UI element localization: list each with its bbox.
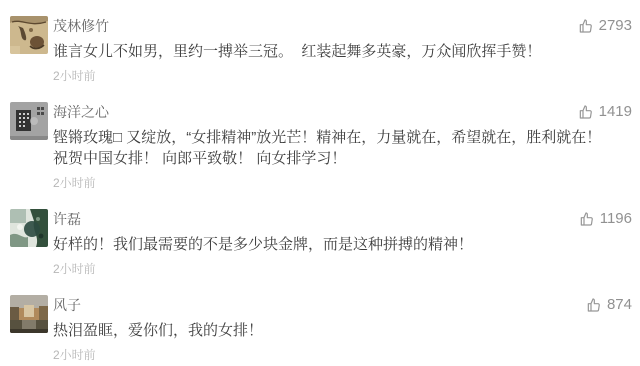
like-count: 1196	[600, 209, 632, 229]
comment-text: 谁言女儿不如男，里约一搏举三冠。 红装起舞多英豪，万众闻欣挥手赞！	[53, 41, 632, 62]
timestamp: 2小时前	[53, 68, 632, 84]
comment-text: 热泪盈眶，爱你们，我的女排！	[53, 320, 632, 341]
avatar-calligraphy-image	[10, 102, 48, 140]
thumbs-up-icon	[585, 297, 601, 313]
username: 风子	[53, 295, 81, 315]
timestamp: 2小时前	[53, 175, 632, 191]
timestamp: 2小时前	[53, 347, 632, 363]
comment-item: 海洋之心 1419 铿锵玫瑰□ 又绽放，“女排精神”放光芒！精神在，力量就在，希…	[10, 102, 632, 191]
avatar[interactable]	[10, 209, 48, 247]
comment-item: 茂林修竹 2793 谁言女儿不如男，里约一搏举三冠。 红装起舞多英豪，万众闻欣挥…	[10, 16, 632, 84]
avatar[interactable]	[10, 102, 48, 140]
comment-content: 风子 874 热泪盈眶，爱你们，我的女排！ 2小时前	[52, 295, 632, 363]
like-count: 1419	[599, 102, 632, 122]
username: 茂林修竹	[53, 16, 109, 36]
comment-item: 风子 874 热泪盈眶，爱你们，我的女排！ 2小时前	[10, 295, 632, 363]
thumbs-up-icon	[577, 18, 593, 34]
like-count: 2793	[599, 16, 632, 36]
avatar[interactable]	[10, 16, 48, 54]
username: 许磊	[53, 209, 81, 229]
comment-content: 茂林修竹 2793 谁言女儿不如男，里约一搏举三冠。 红装起舞多英豪，万众闻欣挥…	[52, 16, 632, 84]
like-button[interactable]: 1419	[577, 102, 632, 122]
comment-content: 海洋之心 1419 铿锵玫瑰□ 又绽放，“女排精神”放光芒！精神在，力量就在，希…	[52, 102, 632, 191]
comment-text: 铿锵玫瑰□ 又绽放，“女排精神”放光芒！精神在，力量就在，希望就在，胜利就在！ …	[53, 127, 632, 169]
avatar-painting-image	[10, 16, 48, 54]
comment-content: 许磊 1196 好样的！我们最需要的不是多少块金牌，而是这种拼搏的精神！ 2小时…	[52, 209, 632, 277]
like-count: 874	[607, 295, 632, 315]
comment-item: 许磊 1196 好样的！我们最需要的不是多少块金牌，而是这种拼搏的精神！ 2小时…	[10, 209, 632, 277]
thumbs-up-icon	[578, 211, 594, 227]
comment-section: 茂林修竹 2793 谁言女儿不如男，里约一搏举三冠。 红装起舞多英豪，万众闻欣挥…	[0, 0, 640, 363]
like-button[interactable]: 874	[585, 295, 632, 315]
thumbs-up-icon	[577, 104, 593, 120]
like-button[interactable]: 2793	[577, 16, 632, 36]
avatar[interactable]	[10, 295, 48, 333]
like-button[interactable]: 1196	[578, 209, 632, 229]
avatar-canal-scene-image	[10, 295, 48, 333]
timestamp: 2小时前	[53, 261, 632, 277]
avatar-foliage-image	[10, 209, 48, 247]
username: 海洋之心	[53, 102, 109, 122]
comment-text: 好样的！我们最需要的不是多少块金牌，而是这种拼搏的精神！	[53, 234, 632, 255]
